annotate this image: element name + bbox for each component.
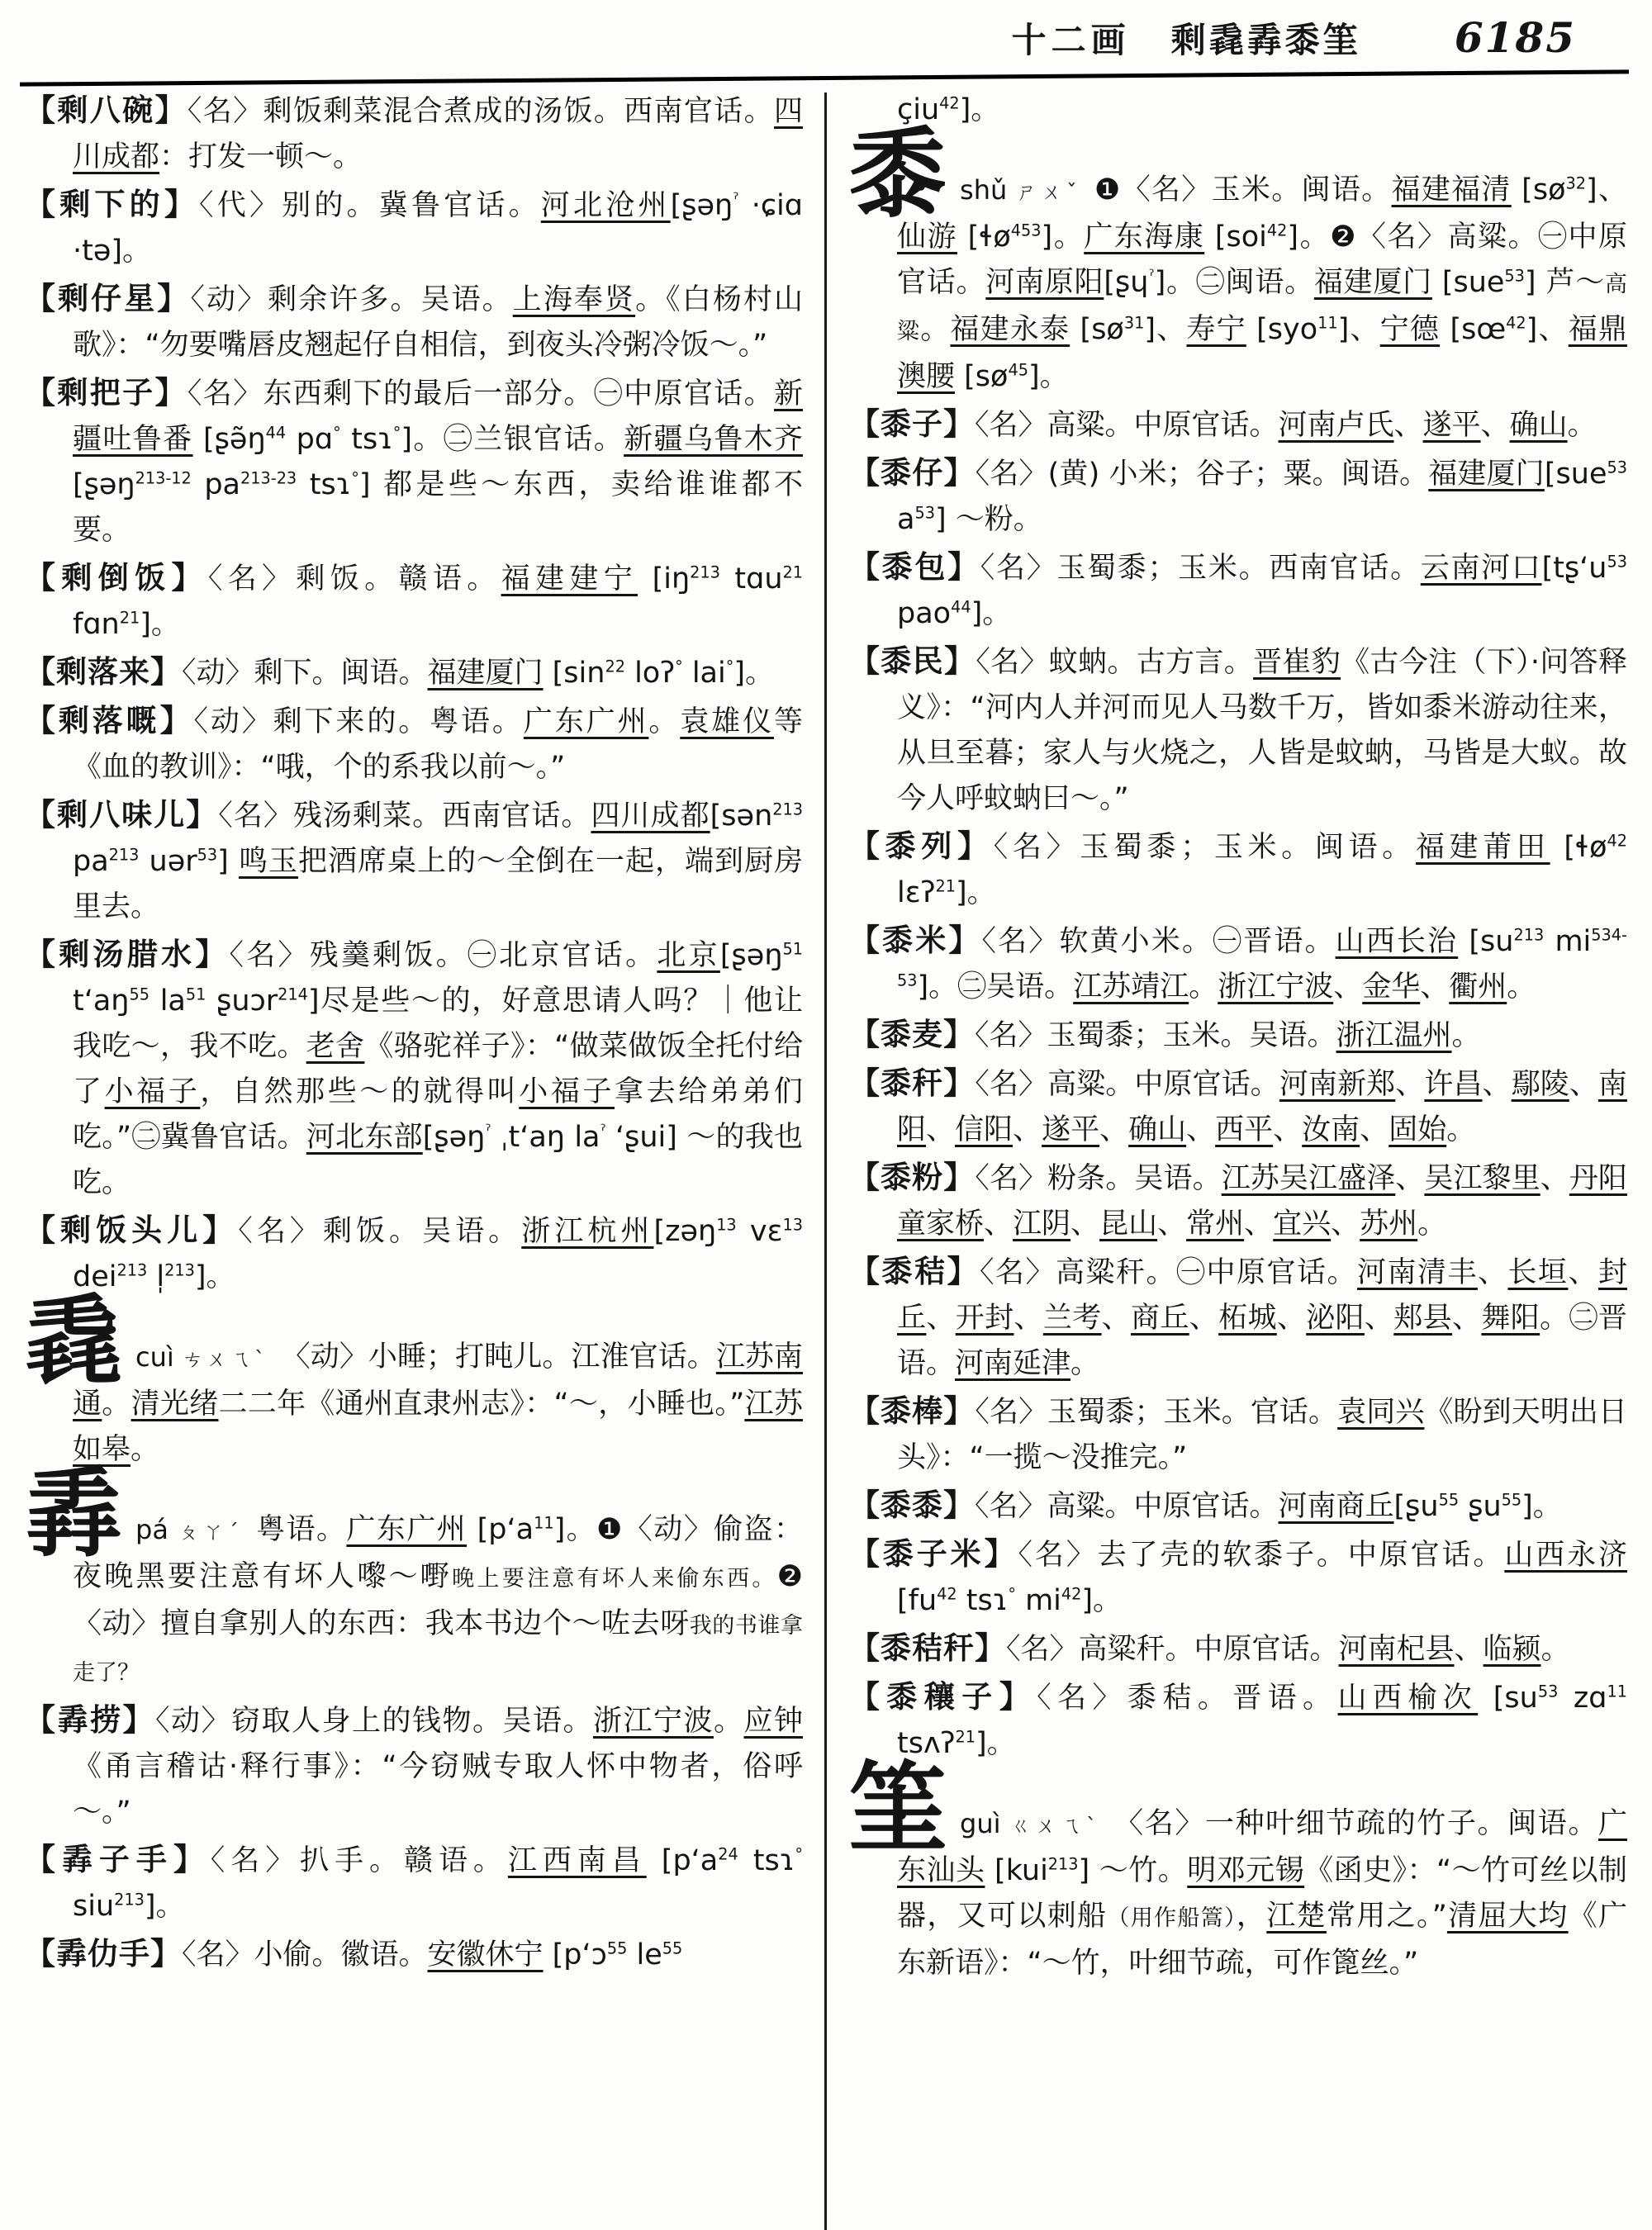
zhuyin: ㄕㄨˇ: [1015, 180, 1081, 204]
pinyin: shǔ: [960, 174, 1007, 206]
proper-name: 西平: [1215, 1113, 1273, 1146]
headword: 【黍黍】: [849, 1487, 975, 1523]
proper-name: 安徽休宁: [428, 1938, 544, 1971]
tone-superscript: °: [795, 1844, 803, 1863]
headword: 【黍秸秆】: [849, 1630, 1006, 1666]
proper-name: 河南卢氏: [1279, 409, 1394, 442]
proper-name: 小福子: [519, 1075, 615, 1108]
proper-name: 遂平: [1423, 409, 1481, 442]
tone-superscript: 53: [1607, 552, 1627, 571]
character-entry: 掱páㄆㄚˊ粤语。广东广州 [p‘a11]。❶〈动〉偷盗：夜晚黑要注意有坏人嚟～…: [25, 1507, 803, 1696]
proper-name: 河北沧州: [541, 189, 671, 222]
tone-superscript: 44: [266, 423, 287, 442]
proper-name: 袁雄仪: [680, 705, 774, 738]
proper-name: 金华: [1362, 970, 1420, 1003]
proper-name: 浙江杭州: [521, 1215, 653, 1248]
proper-name: 商丘: [1131, 1302, 1189, 1335]
proper-name: 信阳: [955, 1113, 1013, 1146]
proper-name: 袁同兴: [1337, 1396, 1424, 1429]
tone-superscript: 21: [956, 1727, 976, 1746]
tone-superscript: °: [675, 657, 683, 676]
proper-name: 舞阳: [1481, 1302, 1540, 1335]
tone-superscript: ˀ: [1148, 266, 1154, 285]
tone-superscript: 213: [1048, 1854, 1079, 1873]
tone-superscript: 213: [690, 562, 720, 581]
proper-name: 江楚: [1266, 1900, 1327, 1933]
head-character: 筀: [849, 1768, 947, 1848]
dictionary-entry: 【剩下的】〈代〉别的。冀鲁官话。河北沧州[ʂəŋˀ ·ɕiɑ ·tə]。: [25, 182, 803, 274]
proper-name: 开封: [956, 1302, 1014, 1335]
tone-superscript: 213: [114, 1890, 145, 1909]
proper-name: 山西长治: [1336, 925, 1459, 958]
proper-name: 常州: [1186, 1208, 1244, 1241]
character-entry: 黍shǔㄕㄨˇ❶〈名〉玉米。闽语。福建福清 [sø32]、仙游 [ɬø453]。…: [849, 168, 1627, 400]
proper-name: 确山: [1510, 409, 1568, 442]
proper-name: 广东海康: [1084, 221, 1204, 254]
proper-name: 广东广州: [346, 1513, 467, 1546]
headword: 【剩八碗】: [25, 93, 188, 128]
proper-name: 福建永泰: [950, 313, 1070, 346]
dictionary-entry: 【掱子手】〈名〉扒手。赣语。江西南昌 [p‘a24 tsɿ° siu213]。: [25, 1837, 803, 1929]
tone-superscript: 453: [1011, 221, 1042, 240]
gloss-text: 我的书谁拿走了？: [73, 1613, 803, 1686]
proper-name: 福建福清: [1392, 173, 1512, 206]
headword: 【黍列】: [849, 828, 994, 864]
proper-name: 鸣玉: [239, 845, 298, 878]
proper-name: 河南新郑: [1279, 1068, 1395, 1101]
proper-name: 宜兴: [1273, 1208, 1331, 1241]
tone-superscript: 21: [936, 876, 957, 895]
proper-name: 上海奉贤: [513, 283, 635, 316]
dictionary-entry: 【剩汤腊水】〈名〉残羹剩饭。㊀北京官话。北京[ʂəŋ51 t‘aŋ55 la51…: [25, 932, 803, 1206]
proper-name: 福建莆田: [1416, 831, 1550, 864]
proper-name: 宁德: [1380, 313, 1440, 346]
proper-name: 河南杞县: [1339, 1633, 1455, 1666]
headword: 【剩八味儿】: [25, 797, 218, 833]
headword: 【黍麦】: [849, 1017, 975, 1052]
proper-name: 郏县: [1393, 1302, 1452, 1335]
dictionary-entry: 【剩饭头儿】〈名〉剩饭。吴语。浙江杭州[zəŋ13 vɛ13 dei213 l̩…: [25, 1208, 803, 1300]
tone-superscript: °: [333, 423, 341, 442]
headword: 【剩下的】: [25, 187, 199, 222]
dictionary-entry: 【黍米】〈名〉软黄小米。㊀晋语。山西长治 [su213 mi534-53]。㊁吴…: [849, 918, 1627, 1010]
proper-name: 仙游: [897, 221, 957, 254]
proper-name: 寿宁: [1186, 313, 1246, 346]
tone-superscript: °: [393, 423, 401, 442]
dictionary-entry: 【剩倒饭】〈名〉剩饭。赣语。福建建宁 [iŋ213 tɑu21 fɑn21]。: [25, 555, 803, 648]
head-characters: 剩毳掱黍筀: [1171, 20, 1361, 60]
pinyin: pá: [135, 1514, 169, 1545]
proper-name: 小福子: [105, 1075, 201, 1108]
proper-name: 汝南: [1302, 1113, 1360, 1146]
tone-superscript: 13: [716, 1215, 737, 1234]
proper-name: 衢州: [1449, 970, 1507, 1003]
dictionary-page: 十二画 剩毳掱黍筀 6185 【剩八碗】〈名〉剩饭剩菜混合煮成的汤饭。西南官话。…: [0, 0, 1652, 2230]
proper-name: 晋崔豹: [1253, 646, 1341, 679]
dictionary-entry: 【黍民】〈名〉蚊蚋。古方言。晋崔豹《古今注（下）·问答释义》：“河内人并河而见人…: [849, 638, 1627, 822]
tone-superscript: 213: [164, 1260, 195, 1279]
dictionary-entry: 【掱捞】〈动〉窃取人身上的钱物。吴语。浙江宁波。应钟《甬言稽诂·释行事》：“今窃…: [25, 1697, 803, 1835]
tone-superscript: 22: [605, 657, 625, 676]
proper-name: 浙江宁波: [1218, 970, 1333, 1003]
tone-superscript: 31: [1124, 313, 1145, 332]
gloss-text: 晚上要注意有坏人来偷东西。: [452, 1566, 776, 1592]
headword: 【黍棒】: [849, 1393, 975, 1429]
dictionary-entry: 【黍仔】〈名〉(黄) 小米；谷子；粟。闽语。福建厦门[sue53 a53] ～粉…: [849, 450, 1627, 543]
tone-superscript: 213: [109, 845, 140, 864]
proper-name: 固始: [1389, 1113, 1446, 1146]
proper-name: 苏州: [1360, 1208, 1417, 1241]
tone-superscript: 51: [186, 985, 206, 1003]
dictionary-entry: 【剩八味儿】〈名〉残汤剩菜。西南官话。四川成都[sən213 pa213 uər…: [25, 792, 803, 930]
pinyin: guì: [960, 1808, 1000, 1839]
tone-superscript: 32: [1566, 173, 1587, 192]
proper-name: 河南延津: [955, 1347, 1070, 1380]
proper-name: 广东广州: [524, 705, 649, 738]
proper-name: 江苏靖江: [1073, 970, 1189, 1003]
head-character: 黍: [849, 135, 947, 214]
dictionary-entry: 【剩把子】〈名〉东西剩下的最后一部分。㊀中原官话。新疆吐鲁番 [ʂə̃ŋ44 p…: [25, 370, 803, 553]
tone-superscript: 53: [197, 845, 218, 864]
headword: 【剩仔星】: [25, 281, 190, 316]
proper-name: 应钟: [743, 1705, 803, 1738]
proper-name: 云南河口: [1421, 552, 1542, 585]
page-number: 6185: [1455, 13, 1576, 62]
proper-name: 新疆乌鲁木齐: [624, 423, 803, 456]
tone-superscript: 45: [1008, 360, 1028, 379]
tone-superscript: 21: [120, 608, 140, 627]
proper-name: 河南原阳: [985, 266, 1104, 299]
tone-superscript: 42: [1506, 313, 1526, 332]
headword: 【剩落来】: [25, 654, 182, 690]
head-character: 掱: [25, 1474, 122, 1554]
headword: 【黍子】: [849, 406, 975, 442]
proper-name: 江阴: [1013, 1208, 1070, 1241]
proper-name: 福建厦门: [428, 657, 544, 690]
proper-name: 兰考: [1043, 1302, 1102, 1335]
headword: 【掱捞】: [25, 1702, 155, 1738]
zhuyin: ㄆㄚˊ: [177, 1520, 243, 1544]
tone-superscript: 214: [278, 985, 308, 1003]
tone-superscript: 213-12: [135, 468, 192, 487]
dictionary-entry: 【剩八碗】〈名〉剩饭剩菜混合煮成的汤饭。西南官话。四川成都：打发一顿～。: [25, 88, 803, 180]
proper-name: 柘城: [1218, 1302, 1277, 1335]
dictionary-entry: 【黍麦】〈名〉玉蜀黍；玉米。吴语。浙江温州。: [849, 1012, 1627, 1059]
proper-name: 昆山: [1099, 1208, 1157, 1241]
proper-name: 遂平: [1042, 1113, 1099, 1146]
headword: 【黍仔】: [849, 455, 976, 491]
tone-superscript: 42: [1607, 831, 1628, 850]
tone-superscript: ˀ: [485, 1121, 491, 1140]
tone-superscript: 42: [1267, 221, 1288, 240]
headword: 【黍米】: [849, 923, 982, 958]
headword: 【黍秸】: [849, 1254, 980, 1289]
tone-superscript: ˀ: [600, 1121, 605, 1140]
running-head: 十二画 剩毳掱黍筀 6185: [0, 13, 1576, 63]
proper-name: 福建厦门: [1314, 266, 1432, 299]
tone-superscript: 11: [534, 1513, 554, 1532]
dictionary-entry: 【剩落来】〈动〉剩下。闽语。福建厦门 [sin22 loʔ° lai°]。: [25, 649, 803, 696]
headword: 【掱仂手】: [25, 1936, 182, 1971]
stroke-section-label: 十二画: [1012, 20, 1131, 60]
headword: 【黍穰子】: [849, 1679, 1037, 1715]
headword: 【剩落嘅】: [25, 703, 193, 738]
tone-superscript: 13: [783, 1215, 804, 1234]
tone-superscript: 55: [1502, 1490, 1522, 1509]
tone-superscript: 213: [1513, 925, 1544, 944]
tone-superscript: 11: [1607, 1682, 1628, 1701]
proper-name: 山西永济: [1504, 1539, 1627, 1572]
proper-name: 四川成都: [591, 799, 710, 833]
proper-name: 福建厦门: [1428, 458, 1545, 491]
dictionary-entry: 【剩仔星】〈动〉剩余许多。吴语。上海奉贤。《白杨村山歌》：“勿要嘴唇皮翘起仔自相…: [25, 276, 803, 368]
tone-superscript: 53: [914, 503, 935, 522]
character-entry: 筀guìㄍㄨㄟˋ〈名〉一种叶细节疏的竹子。闽语。广东汕头 [kui213] ～竹…: [849, 1801, 1627, 1986]
dictionary-entry: 【黍秸】〈名〉高粱秆。㊀中原官话。河南清丰、长垣、封丘、开封、兰考、商丘、柘城、…: [849, 1249, 1627, 1387]
proper-name: 河北东部: [306, 1121, 423, 1154]
page-body: 【剩八碗】〈名〉剩饭剩菜混合煮成的汤饭。西南官话。四川成都：打发一顿～。【剩下的…: [25, 88, 1627, 1988]
proper-name: 清屈大均: [1447, 1900, 1569, 1933]
header-rule: [20, 69, 1629, 86]
headword: 【掱子手】: [25, 1842, 211, 1877]
proper-name: 临颍: [1483, 1633, 1541, 1666]
tone-superscript: °: [351, 468, 359, 487]
proper-name: 浙江温州: [1336, 1019, 1452, 1052]
dictionary-entry: 【黍棒】〈名〉玉蜀黍；玉米。官话。袁同兴《盼到天明出日头》：“一揽～没推完。”: [849, 1388, 1627, 1481]
headword: 【黍民】: [849, 643, 976, 679]
headword: 【黍秆】: [849, 1065, 975, 1101]
head-character: 毳: [25, 1302, 122, 1381]
headword: 【黍包】: [849, 549, 980, 585]
proper-name: 长垣: [1507, 1256, 1568, 1289]
tone-superscript: 42: [937, 1584, 957, 1603]
proper-name: 河南清丰: [1357, 1256, 1478, 1289]
character-entry: 毳cuìㄘㄨㄟˋ〈动〉小睡；打盹儿。江淮官话。江苏南通。清光绪二二年《通州直隶州…: [25, 1335, 803, 1473]
zhuyin: ㄘㄨㄟˋ: [183, 1347, 268, 1371]
tone-superscript: 51: [783, 939, 804, 958]
proper-name: 福建建宁: [501, 562, 638, 595]
dictionary-entry: 【黍秆】〈名〉高粱。中原官话。河南新郑、许昌、鄢陵、南阳、信阳、遂平、确山、西平…: [849, 1060, 1627, 1153]
headword: 【剩倒饭】: [25, 560, 208, 595]
continuation-line: çiu42]。: [849, 88, 1627, 133]
tone-superscript: 53: [1607, 458, 1628, 477]
tone-superscript: 42: [1061, 1584, 1082, 1603]
tone-superscript: 55: [129, 985, 150, 1003]
tone-superscript: 24: [718, 1844, 738, 1863]
dictionary-entry: 【黍子】〈名〉高粱。中原官话。河南卢氏、遂平、确山。: [849, 401, 1627, 448]
proper-name: 北京: [657, 939, 720, 972]
right-column: çiu42]。黍shǔㄕㄨˇ❶〈名〉玉米。闽语。福建福清 [sø32]、仙游 […: [849, 88, 1627, 1988]
proper-name: 清光绪: [131, 1388, 219, 1421]
headword: 【剩饭头儿】: [25, 1212, 238, 1248]
proper-name: 山西榆次: [1338, 1682, 1479, 1715]
proper-name: 老舍: [306, 1030, 365, 1063]
proper-name: 浙江宁波: [593, 1705, 714, 1738]
tone-superscript: 55: [607, 1938, 628, 1957]
proper-name: 明邓元锡: [1187, 1854, 1304, 1887]
gloss-text: （用作船篙）: [1107, 1905, 1237, 1931]
dictionary-entry: 【黍秸秆】〈名〉高粱秆。中原官话。河南杞县、临颍。: [849, 1625, 1627, 1672]
tone-superscript: 213-23: [240, 468, 297, 487]
dictionary-entry: 【黍穰子】〈名〉黍秸。晋语。山西榆次 [su53 zɑ11 tsʌʔ21]。: [849, 1674, 1627, 1767]
headword: 【剩汤腊水】: [25, 937, 229, 972]
headword: 【剩把子】: [25, 375, 188, 410]
proper-name: 确山: [1128, 1113, 1186, 1146]
tone-superscript: 213: [772, 799, 803, 818]
proper-name: 泌阳: [1306, 1302, 1365, 1335]
proper-name: 江西南昌: [508, 1844, 647, 1877]
proper-name: 河南商丘: [1279, 1490, 1394, 1523]
tone-superscript: 55: [1439, 1490, 1460, 1509]
tone-superscript: 53: [1504, 266, 1525, 285]
dictionary-entry: 【黍包】〈名〉玉蜀黍；玉米。西南官话。云南河口[tʂ‘u53 pao44]。: [849, 544, 1627, 637]
tone-superscript: 42: [939, 93, 960, 112]
left-column: 【剩八碗】〈名〉剩饭剩菜混合煮成的汤饭。西南官话。四川成都：打发一顿～。【剩下的…: [25, 88, 803, 1988]
tone-superscript: 53: [1538, 1682, 1559, 1701]
dictionary-entry: 【掱仂手】〈名〉小偷。徽语。安徽休宁 [p‘ɔ55 le55: [25, 1931, 803, 1978]
tone-superscript: 21: [783, 562, 804, 581]
zhuyin: ㄍㄨㄟˋ: [1009, 1814, 1102, 1838]
proper-name: 吴江黎里: [1424, 1162, 1540, 1195]
headword: 【黍子米】: [849, 1536, 1018, 1572]
dictionary-entry: 【剩落嘅】〈动〉剩下来的。粤语。广东广州。袁雄仪等《血的教训》：“哦，个的系我以…: [25, 698, 803, 790]
tone-superscript: 213: [116, 1260, 147, 1279]
tone-superscript: °: [726, 657, 734, 676]
tone-superscript: ˀ: [733, 189, 738, 208]
headword: 【黍粉】: [849, 1160, 975, 1195]
pinyin: cuì: [135, 1341, 174, 1373]
proper-name: 鄢陵: [1512, 1068, 1569, 1101]
dictionary-entry: 【黍列】〈名〉玉蜀黍；玉米。闽语。福建莆田 [ɬø42 lɛʔ21]。: [849, 823, 1627, 916]
dictionary-entry: 【黍子米】〈名〉去了壳的软黍子。中原官话。山西永济 [fu42 tsɿ° mi4…: [849, 1531, 1627, 1624]
tone-superscript: 44: [951, 597, 971, 616]
dictionary-entry: 【黍黍】〈名〉高粱。中原官话。河南商丘[ʂu55 ʂu55]。: [849, 1483, 1627, 1530]
tone-superscript: °: [1008, 1584, 1016, 1603]
proper-name: 江苏吴江盛泽: [1222, 1162, 1396, 1195]
dictionary-entry: 【黍粉】〈名〉粉条。吴语。江苏吴江盛泽、吴江黎里、丹阳童家桥、江阴、昆山、常州、…: [849, 1155, 1627, 1247]
proper-name: 许昌: [1424, 1068, 1482, 1101]
tone-superscript: 11: [1317, 313, 1338, 332]
tone-superscript: 55: [662, 1938, 683, 1957]
